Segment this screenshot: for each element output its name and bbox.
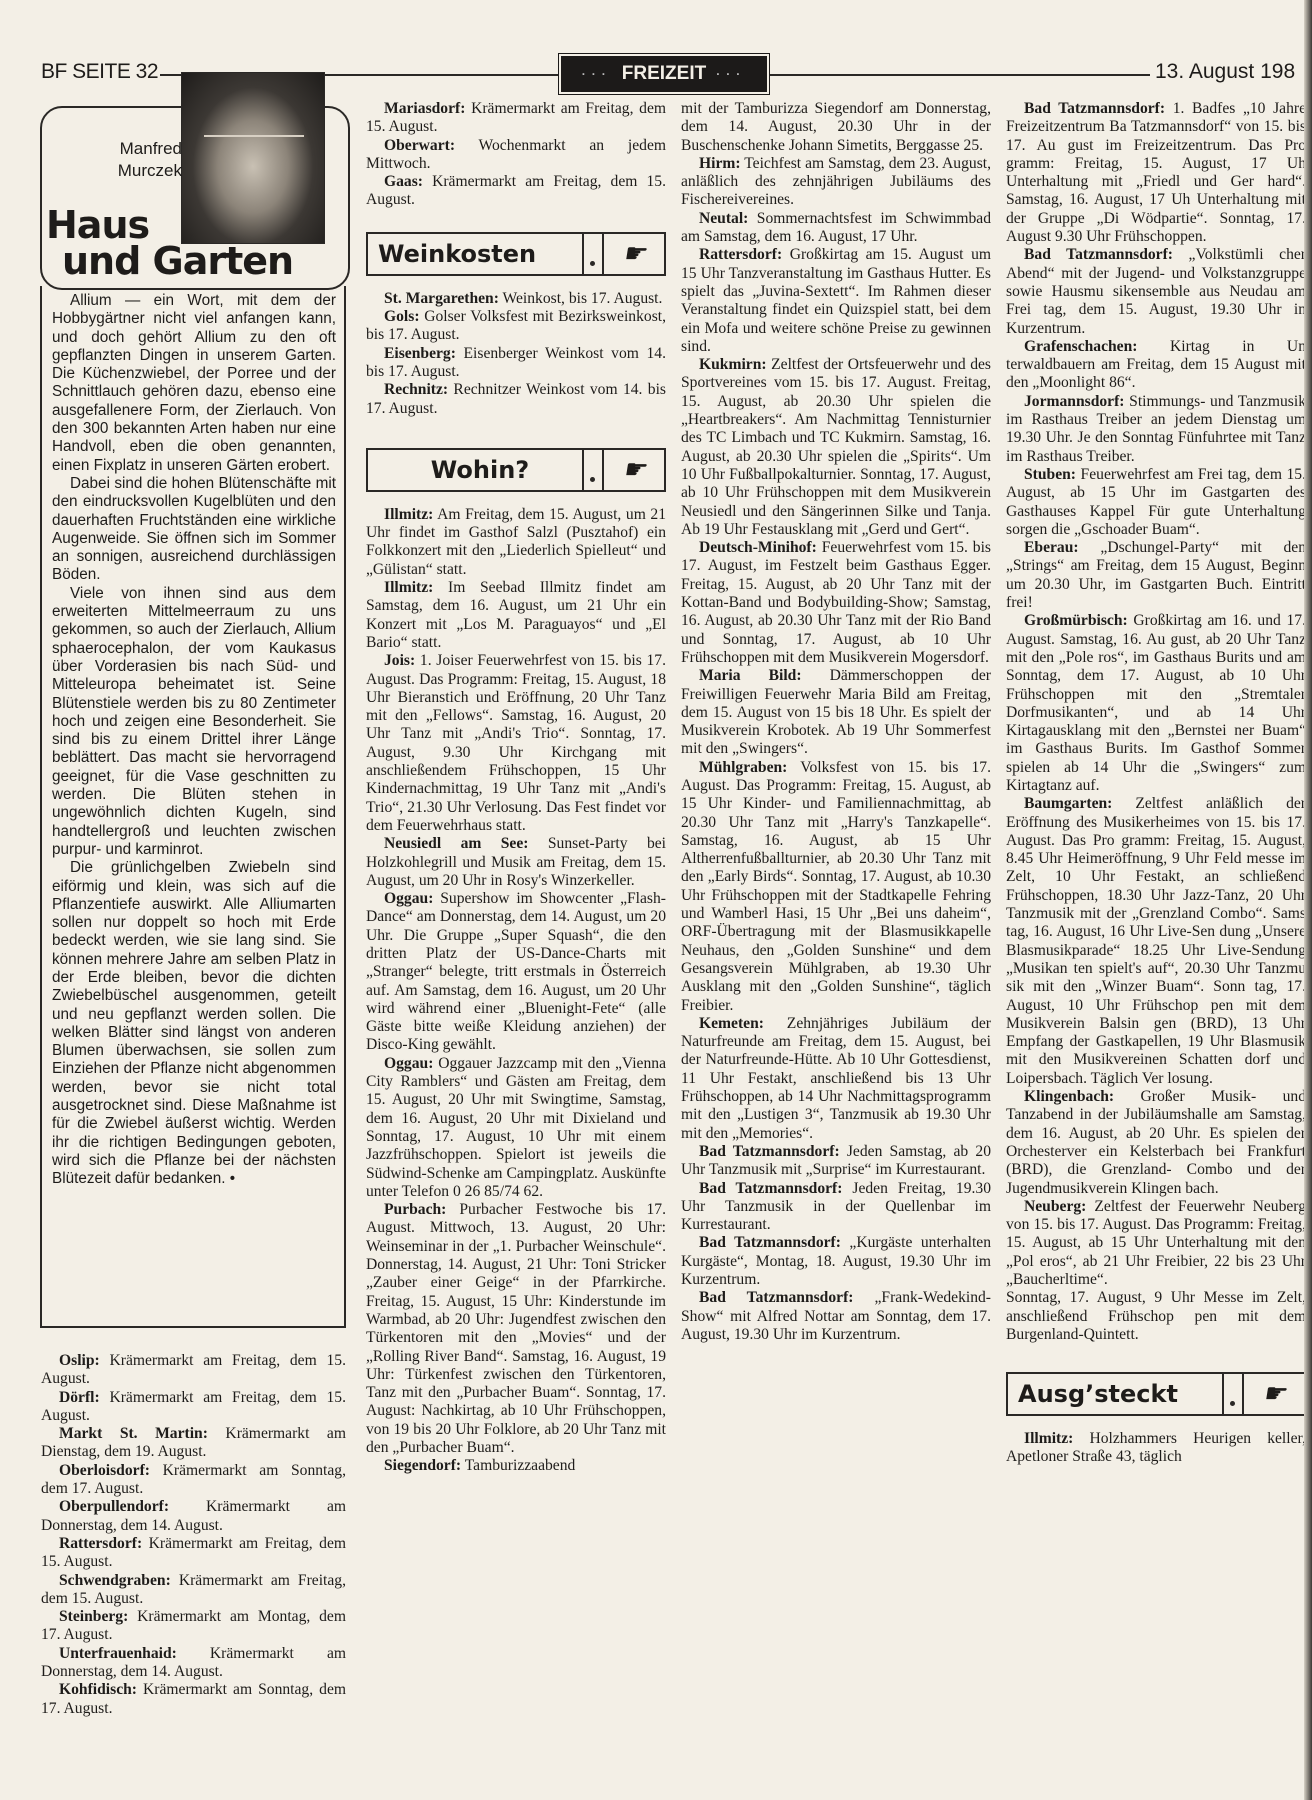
listing-entry: Kukmirn: Zeltfest der Ortsfeuerwehr und …	[681, 356, 991, 539]
listing-entry: Neuberg: Zeltfest der Feuerwehr Neuberg …	[1006, 1198, 1306, 1289]
dot-cell	[1222, 1374, 1244, 1414]
listing-place: Rechnitz:	[384, 381, 448, 398]
listing-entry: Gaas: Krämermarkt am Freitag, dem 15. Au…	[366, 173, 666, 210]
listing-entry: Illmitz: Holzhammers Heurigen keller, Ap…	[1006, 1430, 1306, 1467]
listing-entry: Bad Tatzmannsdorf: Jeden Samstag, ab 20 …	[681, 1143, 991, 1180]
section-title: Wohin?	[368, 461, 582, 479]
listing-entry: Oberloisdorf: Krämermarkt am Sonntag, de…	[41, 1462, 346, 1499]
listing-place: Stuben:	[1024, 466, 1076, 483]
listing-text: 1. Badfes „10 Jahre Freizeitzentrum Ba T…	[1006, 100, 1306, 245]
listing-text: Zeltfest der Ortsfeuerwehr und des Sport…	[681, 356, 991, 538]
listing-text: Supershow im Showcenter „Flash-Dance“ am…	[366, 890, 666, 1053]
listing-text: Großkirtag am 16. und 17. August. Samsta…	[1006, 612, 1306, 794]
listing-entry: Purbach: Purbacher Festwoche bis 17. Aug…	[366, 1201, 666, 1457]
listing-text: Tamburizzaabend	[461, 1457, 575, 1474]
listing-entry: Unterfrauenhaid: Krämermarkt am Donnerst…	[41, 1645, 346, 1682]
listing-entry: Rattersdorf: Großkirtag am 15. August um…	[681, 246, 991, 356]
page-label: BF SEITE 32	[41, 60, 158, 84]
listing-entry: Mühlgraben: Volksfest von 15. bis 17. Au…	[681, 759, 991, 1015]
listing-place: Rattersdorf:	[699, 246, 782, 263]
section-title: Ausg’steckt	[1008, 1385, 1222, 1403]
listing-place: Gaas:	[384, 173, 423, 190]
listing-entry: Maria Bild: Dämmerschoppen der Freiwilli…	[681, 667, 991, 758]
listing-text: Feuerwehrfest vom 15. bis 17. August, im…	[681, 539, 991, 666]
listing-entry: Bad Tatzmannsdorf: Jeden Freitag, 19.30 …	[681, 1180, 991, 1235]
listing-text: Weinkost, bis 17. August.	[499, 290, 663, 307]
listing-text: Volksfest von 15. bis 17. August. Das Pr…	[681, 759, 991, 1014]
listing-place: Siegendorf:	[384, 1457, 461, 1474]
listing-text: Oggauer Jazzcamp mit den „Vienna City Ra…	[366, 1055, 666, 1200]
listing-place: Neutal:	[699, 210, 748, 227]
listing-place: Schwendgraben:	[59, 1572, 171, 1589]
market-list-col1: Oslip: Krämermarkt am Freitag, dem 15. A…	[41, 1352, 346, 1718]
listing-entry: Oggau: Supershow im Showcenter „Flash-Da…	[366, 890, 666, 1055]
listing-entry: Hirm: Teichfest am Samstag, dem 23. Augu…	[681, 155, 991, 210]
article-paragraph: Die grünlichgelben Zwiebeln sind eiförmi…	[52, 859, 336, 1188]
listing-place: Oberpullendorf:	[59, 1498, 169, 1515]
listing-entry: Oberpullendorf: Krämermarkt am Donnersta…	[41, 1498, 346, 1535]
section-header-weinkosten: Weinkosten ☛	[366, 232, 666, 276]
badge-dots-right: ···	[716, 67, 746, 81]
listing-entry: Bad Tatzmannsdorf: „Frank-Wedekind-Show“…	[681, 1289, 991, 1344]
dot-cell	[582, 450, 604, 490]
listing-place: Bad Tatzmannsdorf:	[699, 1143, 840, 1160]
author-name: Manfred Murczek	[92, 138, 182, 182]
page-edge-shadow	[1304, 0, 1312, 1800]
weinkosten-list: St. Margarethen: Weinkost, bis 17. Augus…	[366, 290, 666, 418]
header-rule-right	[770, 74, 1150, 76]
listing-entry: Jois: 1. Joiser Feuerwehrfest von 15. bi…	[366, 652, 666, 835]
issue-date: 13. August 198	[1155, 60, 1295, 84]
listing-text: mit der Tamburizza Siegendorf am Donners…	[681, 100, 991, 154]
listing-place: Oggau:	[384, 1055, 433, 1072]
listing-place: Großmürbisch:	[1024, 612, 1128, 629]
author-last-name: Murczek	[92, 160, 182, 182]
listing-place: Kohfidisch:	[59, 1681, 137, 1698]
section-header-ausgsteckt: Ausg’steckt ☛	[1006, 1372, 1306, 1416]
section-badge: ··· FREIZEIT ···	[561, 56, 767, 92]
listing-place: Bad Tatzmannsdorf:	[1024, 246, 1173, 263]
listing-place: Oslip:	[59, 1352, 100, 1369]
wohin-list-col4: Bad Tatzmannsdorf: 1. Badfes „10 Jahre F…	[1006, 100, 1306, 1344]
listing-entry: Kohfidisch: Krämermarkt am Sonntag, dem …	[41, 1681, 346, 1718]
listing-place: Kukmirn:	[699, 356, 767, 373]
listing-entry: Kemeten: Zehnjähriges Jubiläum der Natur…	[681, 1015, 991, 1143]
listing-entry: Neutal: Sommernachtsfest im Schwimmbad a…	[681, 210, 991, 247]
listing-entry: Grafenschachen: Kirtag in Un terwaldbaue…	[1006, 338, 1306, 393]
listing-place: Illmitz:	[384, 579, 433, 596]
listing-entry: Stuben: Feuerwehrfest am Frei tag, dem 1…	[1006, 466, 1306, 539]
listing-text: Purbacher Festwoche bis 17. August. Mitt…	[366, 1201, 666, 1456]
listing-place: Illmitz:	[384, 506, 433, 523]
listing-entry: Illmitz: Im Seebad Illmitz findet am Sam…	[366, 579, 666, 652]
feature-title-line2: und Garten	[62, 243, 293, 279]
listing-place: Rattersdorf:	[59, 1535, 142, 1552]
listing-entry: Großmürbisch: Großkirtag am 16. und 17. …	[1006, 612, 1306, 795]
listing-place: Purbach:	[384, 1201, 446, 1218]
listing-place: Hirm:	[699, 155, 741, 172]
listing-place: Oggau:	[384, 890, 433, 907]
listing-text: 1. Joiser Feuerwehrfest von 15. bis 17. …	[366, 652, 666, 834]
section-title: Weinkosten	[368, 245, 582, 263]
listing-place: St. Margarethen:	[384, 290, 499, 307]
listing-place: Baumgarten:	[1024, 795, 1112, 812]
listing-entry: Bad Tatzmannsdorf: 1. Badfes „10 Jahre F…	[1006, 100, 1306, 246]
listing-place: Maria Bild:	[699, 667, 802, 684]
listing-place: Steinberg:	[59, 1608, 128, 1625]
listing-entry: Mariasdorf: Krämermarkt am Freitag, dem …	[366, 100, 666, 137]
listing-entry: Bad Tatzmannsdorf: „Volkstümli cher Aben…	[1006, 246, 1306, 337]
listing-place: Oberloisdorf:	[59, 1462, 150, 1479]
column-4: Bad Tatzmannsdorf: 1. Badfes „10 Jahre F…	[1006, 100, 1306, 1467]
listing-place: Neuberg:	[1024, 1198, 1086, 1215]
listing-entry: Rechnitz: Rechnitzer Weinkost vom 14. bi…	[366, 381, 666, 418]
listing-entry: Steinberg: Krämermarkt am Montag, dem 17…	[41, 1608, 346, 1645]
listing-place: Bad Tatzmannsdorf:	[699, 1180, 842, 1197]
listing-place: Mühlgraben:	[699, 759, 787, 776]
listing-entry: Dörfl: Krämermarkt am Freitag, dem 15. A…	[41, 1389, 346, 1426]
section-badge-label: FREIZEIT	[622, 63, 706, 85]
listing-place: Markt St. Martin:	[59, 1425, 208, 1442]
listing-place: Unterfrauenhaid:	[59, 1645, 177, 1662]
feature-title: Haus und Garten	[46, 207, 293, 279]
photo-detail	[204, 135, 304, 163]
listing-entry: Sonntag, 17. August, 9 Uhr Messe im Zelt…	[1006, 1289, 1306, 1344]
listing-entry: Gols: Golser Volksfest mit Bezirksweinko…	[366, 308, 666, 345]
listing-text: Zeltfest anläßlich der Eröffnung des Mus…	[1006, 795, 1306, 1086]
listing-place: Klingenbach:	[1024, 1088, 1114, 1105]
listing-place: Eisenberg:	[384, 345, 456, 362]
section-header-wohin: Wohin? ☛	[366, 448, 666, 492]
article-paragraph: Viele von ihnen sind aus dem erweiterten…	[52, 585, 336, 859]
listing-entry: St. Margarethen: Weinkost, bis 17. Augus…	[366, 290, 666, 308]
pointing-hand-icon: ☛	[604, 245, 664, 263]
market-list-col2: Mariasdorf: Krämermarkt am Freitag, dem …	[366, 100, 666, 210]
listing-entry: Siegendorf: Tamburizzaabend	[366, 1457, 666, 1475]
listing-entry: Markt St. Martin: Krämermarkt am Diensta…	[41, 1425, 346, 1462]
listing-entry: Rattersdorf: Krämermarkt am Freitag, dem…	[41, 1535, 346, 1572]
listing-entry: Oslip: Krämermarkt am Freitag, dem 15. A…	[41, 1352, 346, 1389]
listing-entry: Bad Tatzmannsdorf: „Kurgäste unterhalten…	[681, 1234, 991, 1289]
listing-entry: Oberwart: Wochenmarkt an jedem Mittwoch.	[366, 137, 666, 174]
listing-entry: Neusiedl am See: Sunset-Party bei Holzko…	[366, 835, 666, 890]
listing-place: Oberwart:	[384, 137, 455, 154]
listing-place: Bad Tatzmannsdorf:	[699, 1234, 841, 1251]
wohin-list-col3: mit der Tamburizza Siegendorf am Donners…	[681, 100, 991, 1344]
pointing-hand-icon: ☛	[604, 461, 664, 479]
article-paragraph: Allium — ein Wort, mit dem der Hobbygärt…	[52, 292, 336, 475]
listing-entry: Eberau: „Dschungel-Party“ mit den „Strin…	[1006, 539, 1306, 612]
dot-cell	[582, 234, 604, 274]
listing-place: Illmitz:	[1024, 1430, 1073, 1447]
article-paragraph: Dabei sind die hohen Blütenschäfte mit d…	[52, 475, 336, 585]
listing-entry: Jormannsdorf: Stimmungs- und Tanzmusik i…	[1006, 393, 1306, 466]
listing-place: Kemeten:	[699, 1015, 764, 1032]
pointing-hand-icon: ☛	[1244, 1385, 1304, 1403]
listing-place: Gols:	[384, 308, 420, 325]
listing-place: Bad Tatzmannsdorf:	[1024, 100, 1165, 117]
listing-place: Bad Tatzmannsdorf:	[699, 1289, 853, 1306]
listing-entry: Illmitz: Am Freitag, dem 15. August, um …	[366, 506, 666, 579]
listing-text: Sonntag, 17. August, 9 Uhr Messe im Zelt…	[1006, 1289, 1306, 1343]
author-first-name: Manfred	[92, 138, 182, 160]
listing-entry: Klingenbach: Großer Musik- und Tanzabend…	[1006, 1088, 1306, 1198]
listing-place: Jormannsdorf:	[1024, 393, 1125, 410]
listing-entry: Deutsch-Minihof: Feuerwehrfest vom 15. b…	[681, 539, 991, 667]
badge-dots-left: ···	[582, 67, 612, 81]
listing-place: Dörfl:	[59, 1389, 100, 1406]
listing-place: Mariasdorf:	[384, 100, 465, 117]
listing-place: Neusiedl am See:	[384, 835, 528, 852]
listing-entry: Oggau: Oggauer Jazzcamp mit den „Vienna …	[366, 1055, 666, 1201]
listing-entry: Eisenberg: Eisenberger Weinkost vom 14. …	[366, 345, 666, 382]
listing-entry: Baumgarten: Zeltfest anläßlich der Eröff…	[1006, 795, 1306, 1088]
ausgsteckt-list: Illmitz: Holzhammers Heurigen keller, Ap…	[1006, 1430, 1306, 1467]
listing-text: Zehnjähriges Jubiläum der Naturfreunde a…	[681, 1015, 991, 1142]
newspaper-page: BF SEITE 32 ··· FREIZEIT ··· 13. August …	[0, 0, 1312, 1800]
listing-entry: mit der Tamburizza Siegendorf am Donners…	[681, 100, 991, 155]
listing-place: Grafenschachen:	[1024, 338, 1137, 355]
listing-entry: Schwendgraben: Krämermarkt am Freitag, d…	[41, 1572, 346, 1609]
wohin-list-col2: Illmitz: Am Freitag, dem 15. August, um …	[366, 506, 666, 1476]
listing-place: Deutsch-Minihof:	[699, 539, 817, 556]
listing-place: Jois:	[384, 652, 415, 669]
feature-article: Allium — ein Wort, mit dem der Hobbygärt…	[40, 286, 346, 1328]
column-2: Mariasdorf: Krämermarkt am Freitag, dem …	[366, 100, 666, 1476]
listing-place: Eberau:	[1024, 539, 1079, 556]
